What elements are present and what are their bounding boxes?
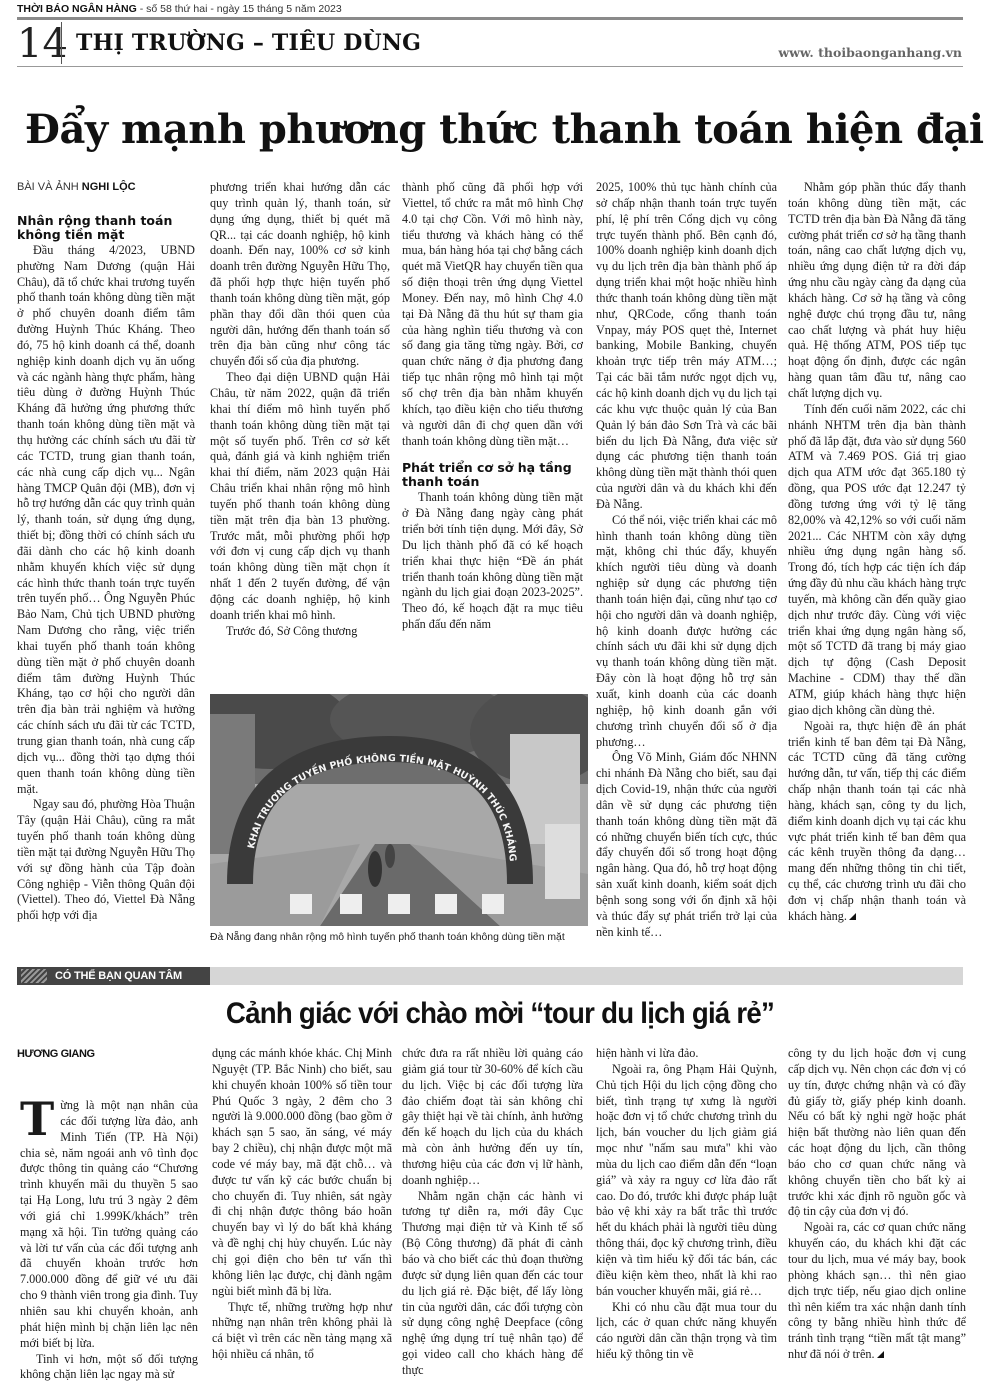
paragraph: dụng các mánh khóe khác. Chị Minh Nguyệt… (212, 1046, 392, 1300)
end-mark-icon (849, 913, 856, 920)
paragraph: thành phố cũng đã phối hợp với Viettel, … (402, 180, 583, 449)
article1-column-5: Nhằm góp phần thúc đẩy thanh toán không … (788, 180, 966, 925)
author-name: NGHI LỘC (82, 181, 136, 193)
paragraph-text: Ngoài ra, thực hiện đề án phát triển kin… (788, 719, 966, 923)
street-arch-photo-icon: KHAI TRƯƠNG TUYẾN PHỐ KHÔNG TIỀN MẶT HUỲ… (210, 694, 588, 926)
paragraph: công ty du lịch hoặc đơn vị cung cấp dịc… (788, 1046, 966, 1220)
paragraph: 2025, 100% thủ tục hành chính của sở chấ… (596, 180, 777, 513)
paragraph: Ngoài ra, thực hiện đề án phát triển kin… (788, 719, 966, 925)
paragraph: Khi có nhu cầu đặt mua tour du lịch, các… (596, 1300, 777, 1363)
paragraph: Tinh vi hơn, một số đối tượng không chặn… (20, 1352, 198, 1384)
article1-column-3: thành phố cũng đã phối hợp với Viettel, … (402, 180, 583, 633)
article2-column-1: Từng là một nạn nhân của các đối tượng l… (20, 1098, 198, 1383)
header-rule (17, 17, 963, 20)
related-banner: CÓ THỂ BẠN QUAN TÂM (17, 967, 963, 985)
paragraph: Nhằm ngăn chặn các hành vi tương tự diễn… (402, 1189, 583, 1379)
paragraph: chức đưa ra rất nhiều lời quảng cáo giảm… (402, 1046, 583, 1189)
subheading: Phát triển cơ sở hạ tầng thanh toán (402, 461, 583, 489)
paragraph: Tính đến cuối năm 2022, các chi nhánh NH… (788, 402, 966, 719)
drop-cap: T (20, 1100, 54, 1138)
paragraph: Có thể nói, việc triển khai các mô hình … (596, 513, 777, 751)
article2-column-2: dụng các mánh khóe khác. Chị Minh Nguyệt… (212, 1046, 392, 1363)
paragraph: Thanh toán không dùng tiền mặt ở Đà Nẵng… (402, 490, 583, 633)
article-photo: KHAI TRƯƠNG TUYẾN PHỐ KHÔNG TIỀN MẶT HUỲ… (210, 694, 588, 926)
article1-column-1: BÀI VÀ ẢNH NGHI LỘC Nhân rộng thanh toán… (17, 180, 195, 924)
paragraph: Ngoài ra, các cơ quan chức năng khuyến c… (788, 1220, 966, 1363)
article-byline: BÀI VÀ ẢNH NGHI LỘC (17, 180, 195, 196)
article2-byline: HƯƠNG GIANG (17, 1048, 95, 1060)
banner-label: CÓ THỂ BẠN QUAN TÂM (55, 970, 182, 982)
article1-column-2: phương triển khai hướng dẫn các quy trìn… (210, 180, 390, 639)
paragraph: Ngoài ra, ông Phạm Hải Quỳnh, Chủ tịch H… (596, 1062, 777, 1300)
stripes-icon (21, 969, 47, 983)
paragraph: Từng là một nạn nhân của các đối tượng l… (20, 1098, 198, 1352)
paragraph: Ngay sau đó, phường Hòa Thuận Tây (quận … (17, 797, 195, 924)
issue-info: - số 58 thứ hai - ngày 15 tháng 5 năm 20… (137, 3, 342, 15)
paragraph: Theo đại diện UBND quận Hải Châu, từ năm… (210, 370, 390, 624)
article2-column-5: công ty du lịch hoặc đơn vị cung cấp dịc… (788, 1046, 966, 1363)
masthead-issue-line: THỜI BÁO NGÂN HÀNG - số 58 thứ hai - ngà… (17, 3, 342, 15)
publication-name: THỜI BÁO NGÂN HÀNG (17, 3, 137, 15)
end-mark-icon (877, 1351, 884, 1358)
related-banner-tag: CÓ THỂ BẠN QUAN TÂM (17, 967, 210, 985)
article2-column-4: hiện hành vi lừa đảo. Ngoài ra, ông Phạm… (596, 1046, 777, 1363)
paragraph: Nhằm góp phần thúc đẩy thanh toán không … (788, 180, 966, 402)
subheading: Nhân rộng thanh toán không tiền mặt (17, 214, 195, 242)
article-headline: Đẩy mạnh phương thức thanh toán hiện đại (25, 106, 975, 153)
paragraph-text: Ngoài ra, các cơ quan chức năng khuyến c… (788, 1220, 966, 1361)
article1-column-4: 2025, 100% thủ tục hành chính của sở chấ… (596, 180, 777, 941)
article2-column-3: chức đưa ra rất nhiều lời quảng cáo giảm… (402, 1046, 583, 1379)
photo-caption: Đà Nẵng đang nhân rộng mô hình tuyến phố… (210, 932, 565, 943)
paragraph: Ông Võ Minh, Giám đốc NHNN chi nhánh Đà … (596, 750, 777, 940)
paragraph: Đầu tháng 4/2023, UBND phường Nam Dương … (17, 243, 195, 798)
website-link[interactable]: www. thoibaonganhang.vn (778, 45, 962, 60)
paragraph: phương triển khai hướng dẫn các quy trìn… (210, 180, 390, 370)
byline-prefix: BÀI VÀ ẢNH (17, 181, 82, 193)
paragraph: hiện hành vi lừa đảo. (596, 1046, 777, 1062)
paragraph: Thực tế, những trường hợp như những nạn … (212, 1300, 392, 1363)
page-number-divider (61, 22, 62, 64)
header-bottom-rule (17, 66, 963, 67)
section-title: THỊ TRƯỜNG – TIÊU DÙNG (76, 30, 421, 56)
paragraph: Trước đó, Sở Công thương (210, 624, 390, 640)
article2-headline: Cảnh giác với chào mời “tour du lịch giá… (40, 997, 960, 1031)
